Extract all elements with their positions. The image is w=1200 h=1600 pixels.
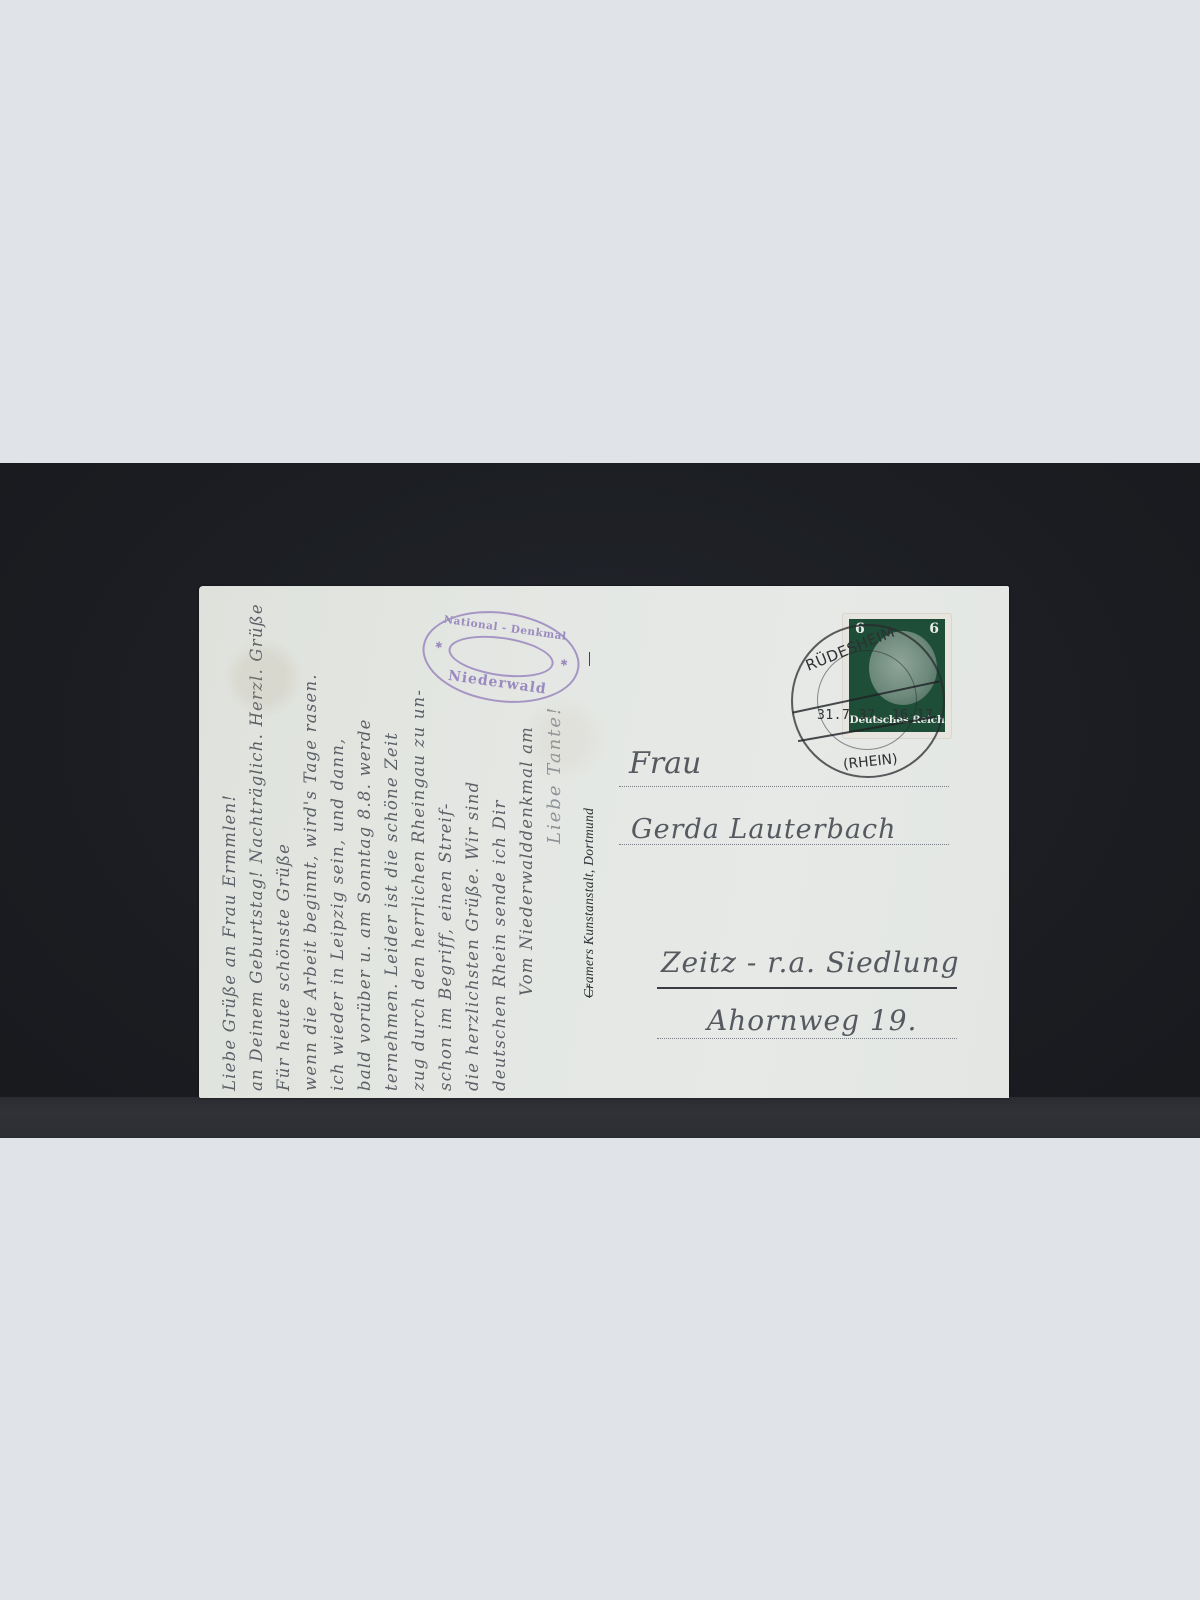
message-line: Liebe Grüße an Frau Ermmlen! xyxy=(216,794,244,1091)
stamp-value: 6 xyxy=(929,621,939,637)
message-line: Vom Niederwalddenkmal am xyxy=(513,726,541,996)
stamp-design: 6 6 Deutsches Reich xyxy=(849,619,945,732)
message-line: die herzlichsten Grüße. Wir sind xyxy=(459,781,487,1091)
handwritten-message: Vom Niederwalddenkmal am deutschen Rhein… xyxy=(204,691,504,1091)
postmark-region: (RHEIN) xyxy=(842,751,898,773)
message-line: ternehmen. Leider ist die schöne Zeit xyxy=(378,732,406,1091)
postcard: Vom Niederwalddenkmal am deutschen Rhein… xyxy=(199,586,1009,1098)
address-name: Gerda Lauterbach xyxy=(631,814,896,845)
address-city: Zeitz - r.a. Siedlung xyxy=(661,946,960,979)
address-line xyxy=(619,786,949,787)
stamp-value: 6 xyxy=(855,621,865,637)
star-icon: ✱ xyxy=(559,658,568,669)
greeting: Liebe Tante! xyxy=(544,706,565,844)
city-underline xyxy=(657,987,957,989)
message-line: schon im Begriff, einen Streif- xyxy=(432,802,460,1091)
star-icon: ✱ xyxy=(434,641,443,652)
message-line: ich wieder in Leipzig sein, und dann, xyxy=(324,738,352,1092)
stamp-country: Deutsches Reich xyxy=(849,714,945,726)
message-line: Für heute schönste Grüße xyxy=(270,843,298,1091)
message-line: bald vorüber u. am Sonntag 8.8. werde xyxy=(351,718,379,1091)
address-street: Ahornweg 19. xyxy=(707,1004,917,1037)
divider-dash xyxy=(589,652,590,666)
postage-stamp: 6 6 Deutsches Reich xyxy=(843,614,951,738)
address-line xyxy=(657,1038,957,1039)
publisher-imprint: Cramers Kunstanstalt, Dortmund xyxy=(581,808,597,998)
message-line: wenn die Arbeit beginnt, wird's Tage ras… xyxy=(297,673,325,1091)
display-ledge xyxy=(0,1097,1200,1138)
address-line xyxy=(619,844,949,845)
portrait-icon xyxy=(869,631,937,705)
message-line: zug durch den herrlichen Rheingau zu un- xyxy=(405,689,433,1091)
address-salutation: Frau xyxy=(629,746,701,781)
divider-dash xyxy=(589,984,590,998)
message-line: deutschen Rhein sende ich Dir xyxy=(486,799,514,1091)
message-line: an Deinem Geburtstag! Nachträglich. Herz… xyxy=(243,603,271,1091)
